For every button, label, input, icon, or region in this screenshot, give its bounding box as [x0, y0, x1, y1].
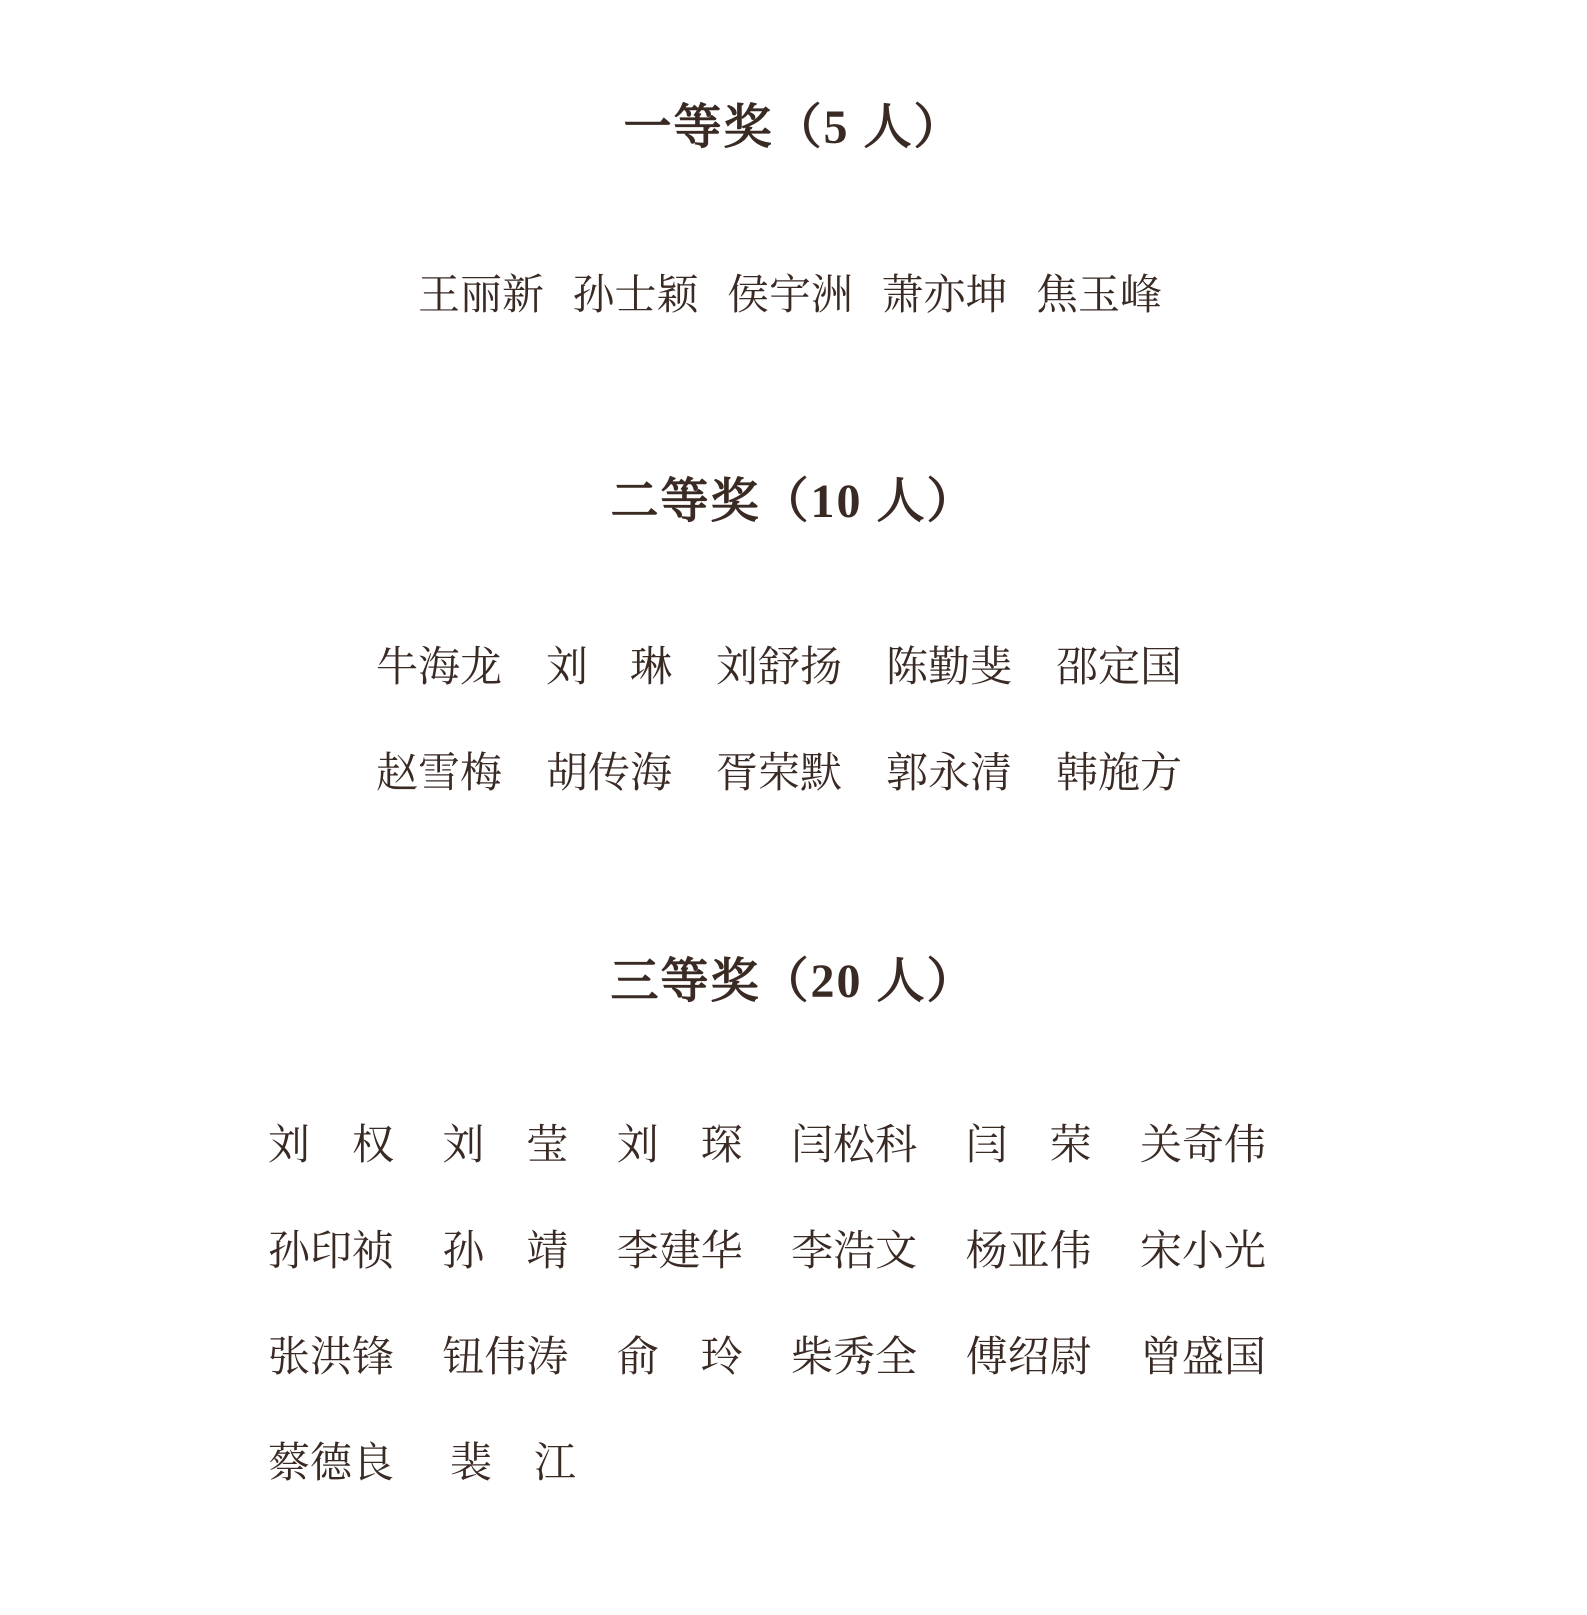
winner-name: 刘 琳 [546, 634, 672, 694]
winner-name: 胡传海 [546, 740, 672, 800]
winner-name: 邵定国 [1056, 634, 1182, 694]
winner-name: 李建华 [617, 1218, 743, 1278]
third-prize-row: 孙印祯 孙 靖 李建华 李浩文 杨亚伟 宋小光 [268, 1218, 1266, 1278]
winner-name: 孙 靖 [442, 1218, 568, 1278]
first-prize-row: 王丽新 孙士颖 侯宇洲 萧亦坤 焦玉峰 [418, 262, 1162, 322]
second-prize-heading: 二等奖（10 人） [0, 462, 1587, 531]
winner-name: 关奇伟 [1140, 1112, 1266, 1172]
winner-name: 刘舒扬 [716, 634, 842, 694]
winner-name: 俞 玲 [617, 1324, 743, 1384]
winner-name: 胥荣默 [716, 740, 842, 800]
winner-name: 孙士颖 [572, 262, 698, 322]
first-prize-heading: 一等奖（5 人） [0, 88, 1587, 157]
winner-name: 张洪锋 [268, 1324, 394, 1384]
winner-name: 陈勤斐 [886, 634, 1012, 694]
winner-name: 赵雪梅 [376, 740, 502, 800]
winner-name: 钮伟涛 [442, 1324, 568, 1384]
winner-name: 牛海龙 [376, 634, 502, 694]
third-prize-heading: 三等奖（20 人） [0, 942, 1587, 1011]
winner-name: 刘 琛 [617, 1112, 743, 1172]
winner-name: 傅绍尉 [966, 1324, 1092, 1384]
winner-name: 王丽新 [418, 262, 544, 322]
winner-name: 杨亚伟 [966, 1218, 1092, 1278]
winner-name: 萧亦坤 [881, 262, 1007, 322]
winner-name: 裴 江 [450, 1430, 576, 1490]
winner-name: 焦玉峰 [1036, 262, 1162, 322]
winner-name: 闫松科 [791, 1112, 917, 1172]
second-prize-row: 牛海龙 刘 琳 刘舒扬 陈勤斐 邵定国 [376, 634, 1182, 694]
winner-name: 侯宇洲 [727, 262, 853, 322]
winner-name: 柴秀全 [791, 1324, 917, 1384]
winner-name: 刘 莹 [442, 1112, 568, 1172]
third-prize-row: 张洪锋 钮伟涛 俞 玲 柴秀全 傅绍尉 曾盛国 [268, 1324, 1266, 1384]
award-list-document: 一等奖（5 人） 王丽新 孙士颖 侯宇洲 萧亦坤 焦玉峰 二等奖（10 人） 牛… [0, 0, 1587, 1615]
winner-name: 韩施方 [1056, 740, 1182, 800]
winner-name: 曾盛国 [1140, 1324, 1266, 1384]
winner-name: 宋小光 [1140, 1218, 1266, 1278]
winner-name: 李浩文 [791, 1218, 917, 1278]
winner-name: 蔡德良 [268, 1430, 394, 1490]
third-prize-row: 蔡德良 裴 江 [268, 1430, 1266, 1490]
winner-name: 闫 荣 [966, 1112, 1092, 1172]
second-prize-row: 赵雪梅 胡传海 胥荣默 郭永清 韩施方 [376, 740, 1182, 800]
winner-name: 孙印祯 [268, 1218, 394, 1278]
winner-name: 刘 权 [268, 1112, 394, 1172]
third-prize-row: 刘 权 刘 莹 刘 琛 闫松科 闫 荣 关奇伟 [268, 1112, 1266, 1172]
winner-name: 郭永清 [886, 740, 1012, 800]
